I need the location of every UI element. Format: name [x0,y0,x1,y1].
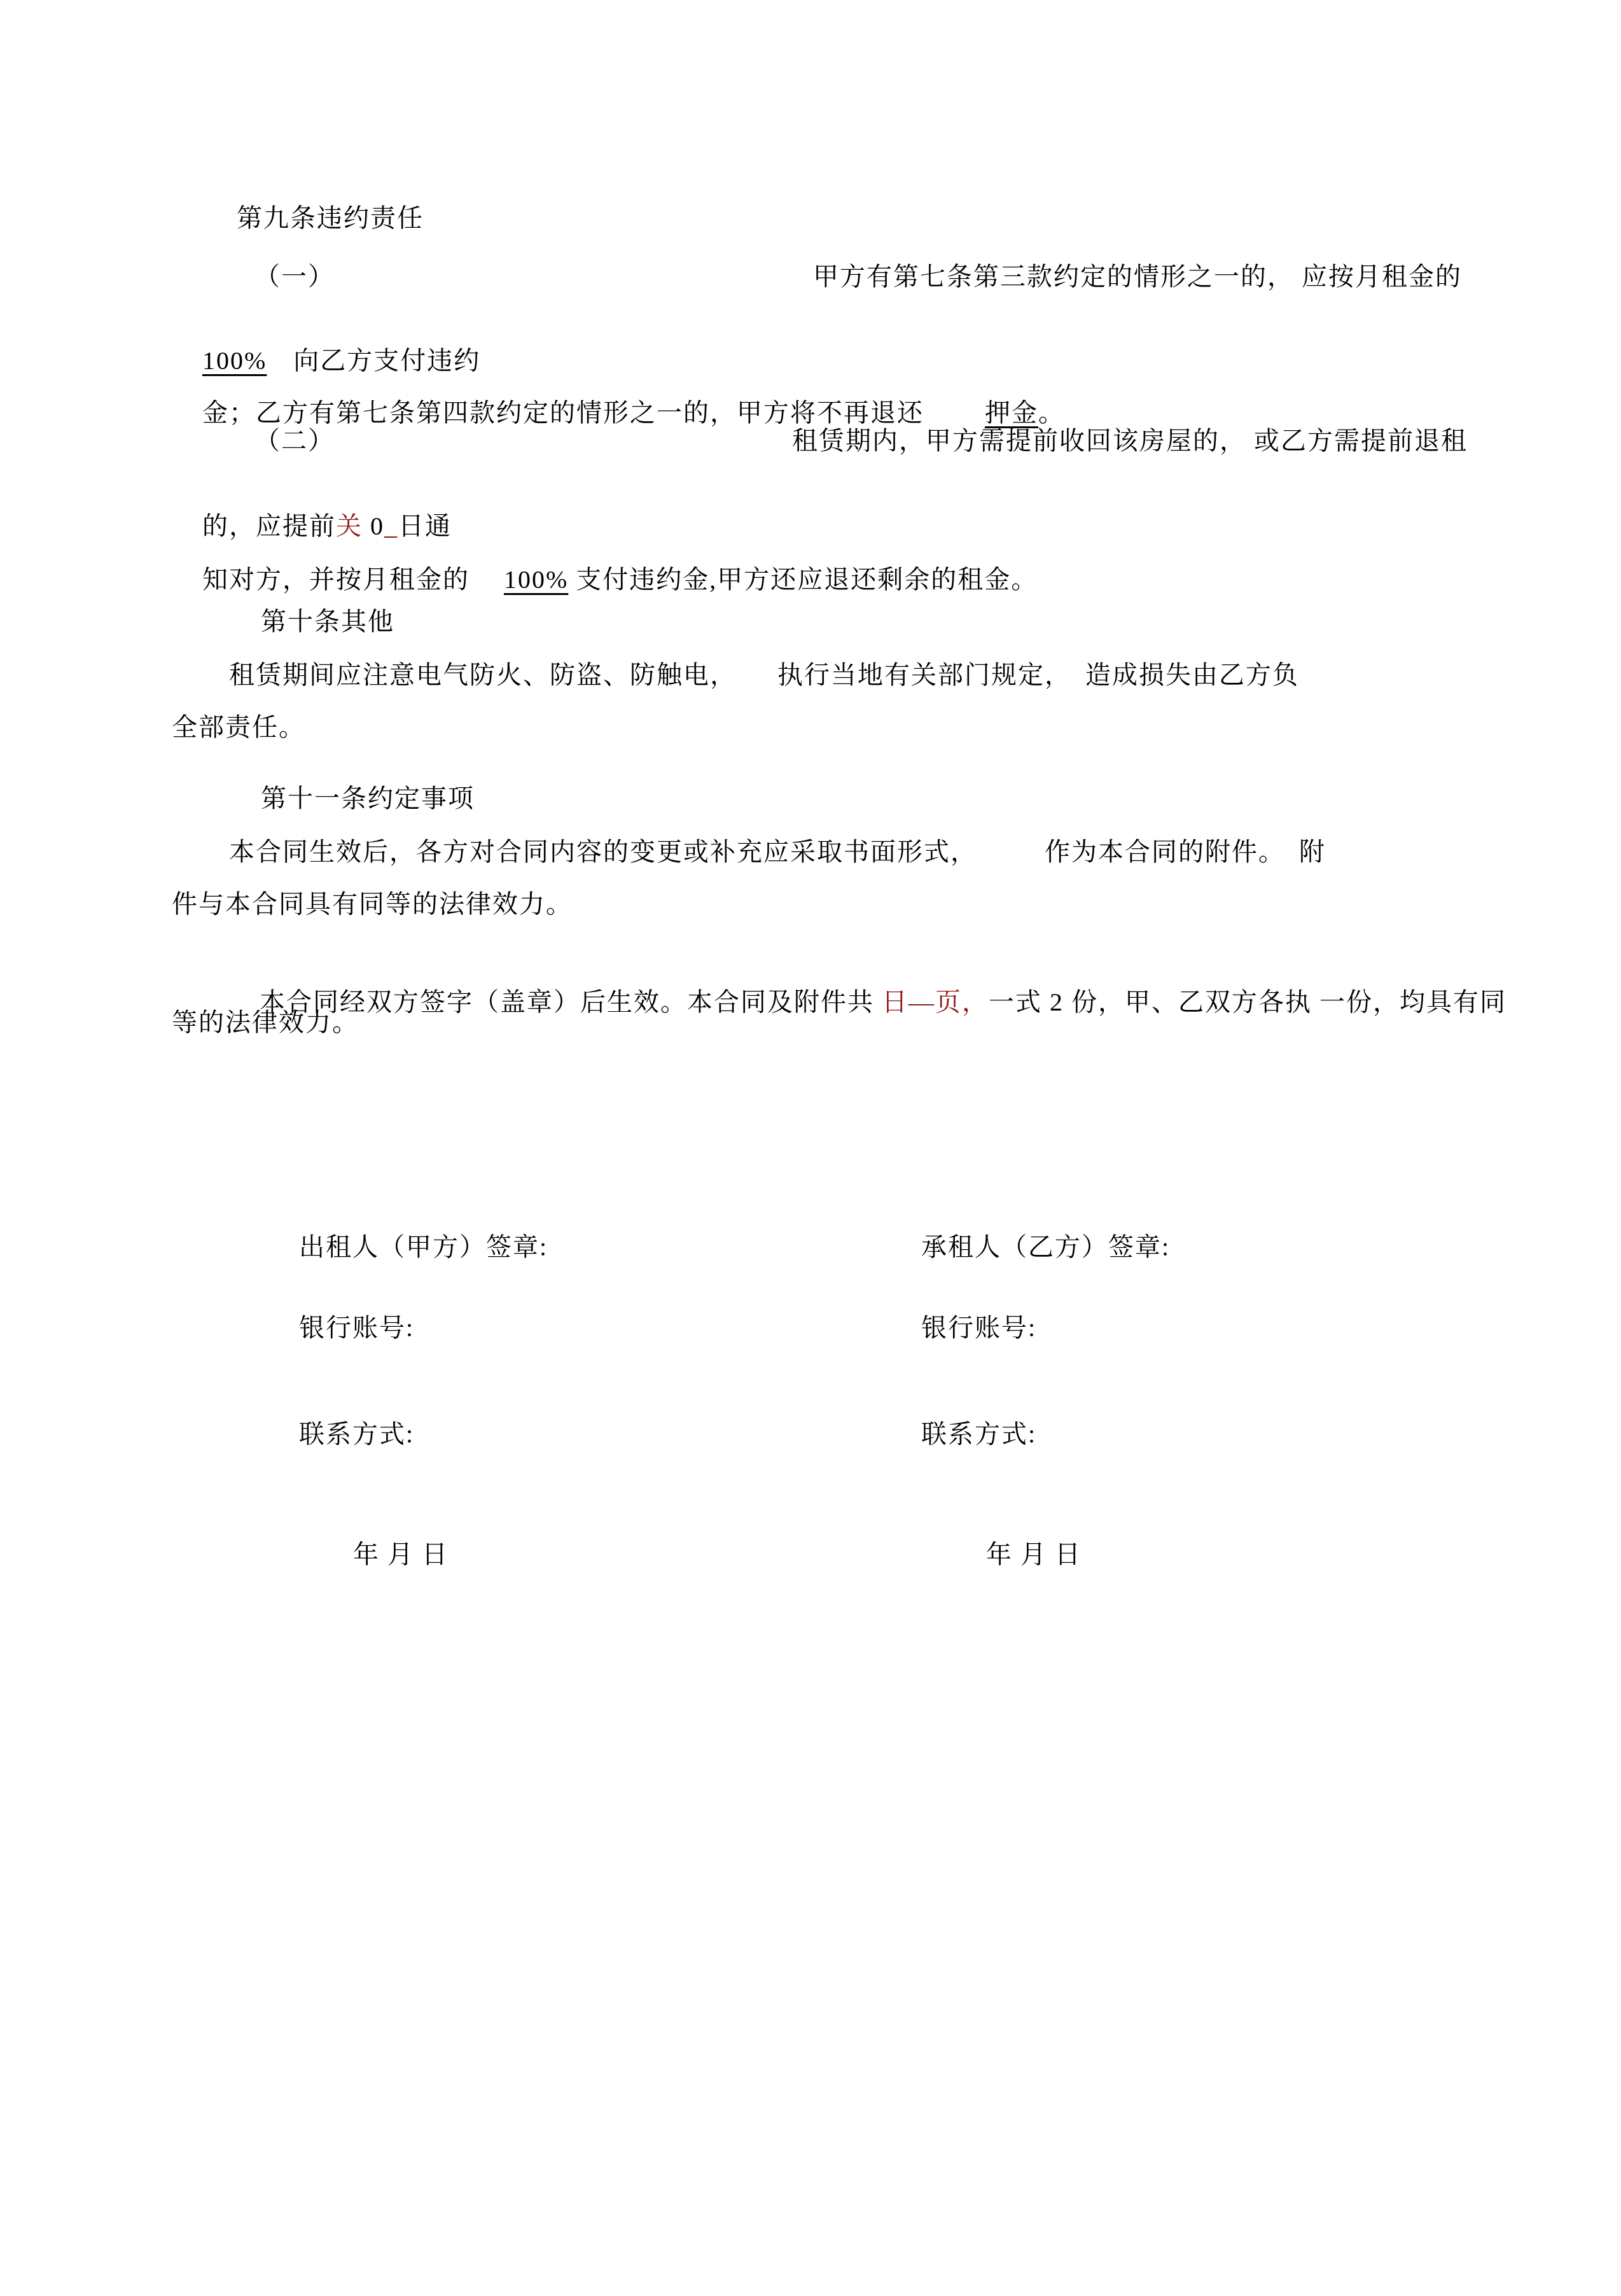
landlord-bank-account-label: 银行账号: [299,1312,414,1344]
clause11-para2-line2: 等的法律效力。 [172,1007,359,1039]
clause9-item2-marker: （二） [254,425,335,457]
landlord-date-line: 年 月 日 [353,1539,449,1571]
tenant-contact-label: 联系方式: [921,1418,1036,1450]
tenant-signature-label: 承租人（乙方）签章: [921,1231,1170,1263]
tenant-date-line: 年 月 日 [986,1539,1082,1571]
clause11-para2-post: 一式 2 份，甲、乙双方各执 一份，均具有同 [989,988,1506,1016]
clause11-heading: 第十一条约定事项 [261,783,475,815]
clause9-item1-text: 甲方有第七条第三款约定的情形之一的， 应按月租金的 [813,261,1462,293]
clause11-para2-line1: 本合同经双方签字（盖章）后生效。本合同及附件共 日—页，一式 2 份，甲、乙双方… [229,955,1506,1050]
contract-page: 第九条违约责任 （一） 甲方有第七条第三款约定的情形之一的， 应按月租金的 10… [0,0,1621,2296]
penalty-rate-2: 100% [504,565,568,594]
clause11-para1-line2: 件与本合同具有同等的法律效力。 [172,888,573,920]
clause10-body-line2: 全部责任。 [172,711,305,743]
clause9-item2-text: 租赁期内，甲方需提前收回该房屋的， 或乙方需提前退租 [792,425,1468,457]
clause11-para1-line1: 本合同生效后，各方对合同内容的变更或补充应采取书面形式， 作为本合同的附件。 附 [229,836,1326,868]
clause9-item2-line1: （二） 租赁期内，甲方需提前收回该房屋的， 或乙方需提前退租 [0,425,1621,457]
clause9-item1-line3-text: 金；乙方有第七条第四款约定的情形之一的，甲方将不再退还 [202,398,985,427]
landlord-contact-label: 联系方式: [299,1418,414,1450]
tenant-bank-account-label: 银行账号: [921,1312,1036,1344]
clause9-item2-line3-pre: 知对方，并按月租金的 [202,565,504,594]
deposit-blank: 押金 [985,398,1038,427]
clause9-item1-line3-end: 。 [1038,398,1065,427]
clause10-body-line1: 租赁期间应注意电气防火、防盗、防触电， 执行当地有关部门规定， 造成损失由乙方负 [229,659,1299,691]
clause9-heading: 第九条违约责任 [237,202,424,234]
pages-count-fill: 日—页， [882,988,989,1016]
clause9-item2-line3-post: 支付违约金,甲方还应退还剩余的租金。 [568,565,1038,594]
clause9-item1-marker: （一） [254,261,335,293]
clause9-item1-line1: （一） 甲方有第七条第三款约定的情形之一的， 应按月租金的 [0,261,1621,293]
landlord-signature-label: 出租人（甲方）签章: [299,1231,548,1263]
clause10-heading: 第十条其他 [261,606,394,638]
